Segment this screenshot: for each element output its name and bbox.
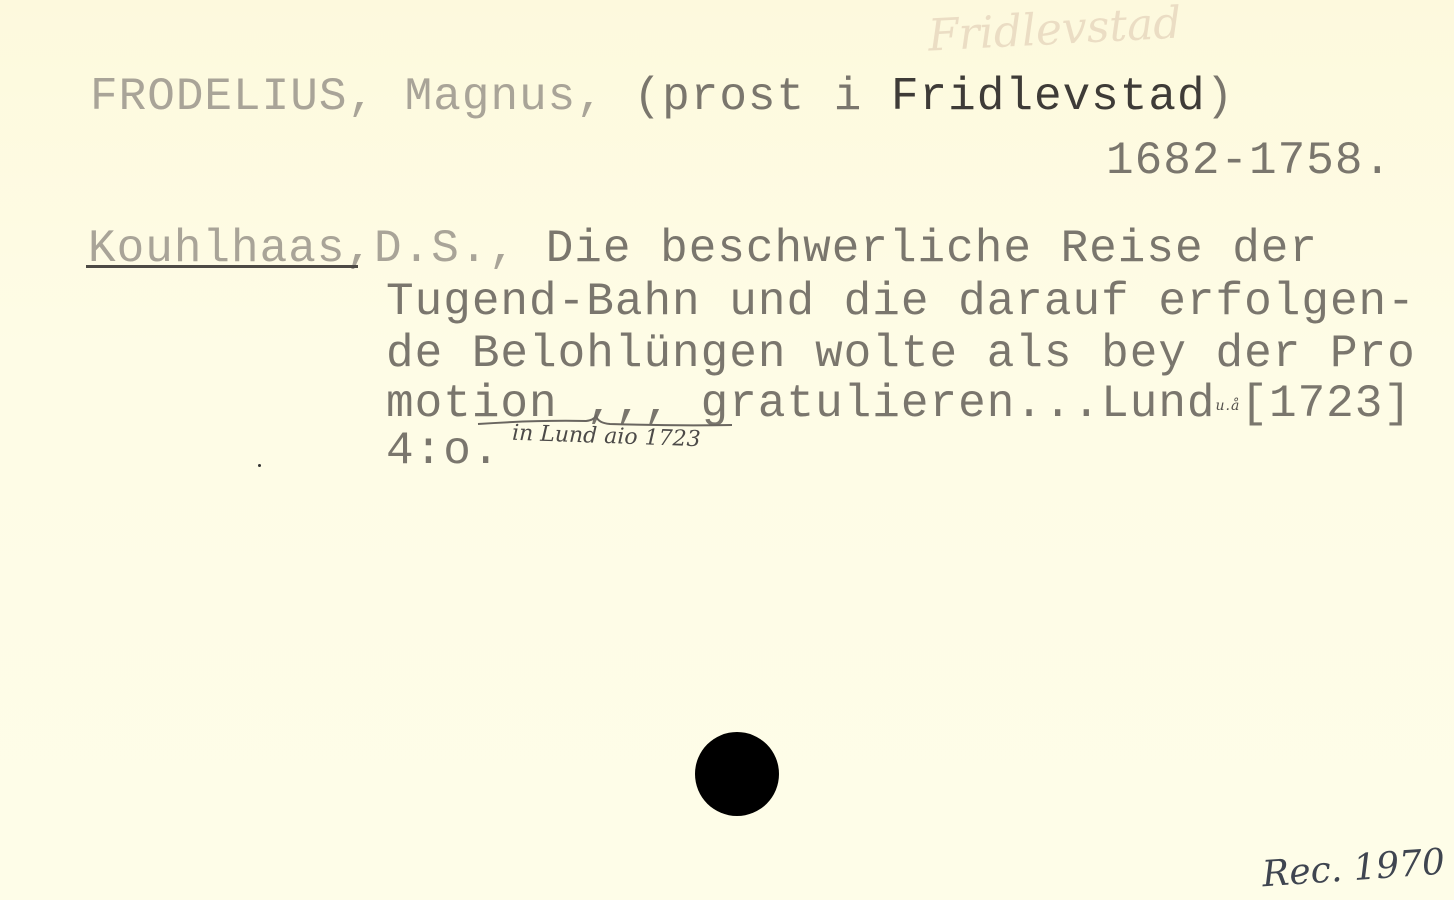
heading-surname: FRODELIUS, [90, 71, 376, 123]
heading-place: Fridlevstad [891, 71, 1206, 123]
entry-date: [1723] [1240, 378, 1412, 430]
entry-title-line-2: Tugend-Bahn und die darauf erfolgen- [386, 279, 1416, 325]
heading-line: FRODELIUS, Magnus, (prost i Fridlevstad) [90, 74, 1234, 120]
entry-format: 4:o. [386, 428, 500, 474]
punch-hole [695, 732, 779, 816]
entry-initials: D.S., [374, 223, 517, 275]
heading-given-name: Magnus, [405, 71, 605, 123]
faint-pencil-annotation: Fridlevstad [927, 0, 1183, 62]
entry-title-line-1: Die beschwerliche Reise der [546, 223, 1318, 275]
lund-annotation: u.å [1216, 398, 1241, 414]
ink-speck [258, 464, 261, 467]
heading-role-close: ) [1206, 71, 1235, 123]
entry-title-line-3: de Belohlüngen wolte als bey der Pro [386, 331, 1416, 377]
handwritten-record-note: Rec. 1970 [1261, 842, 1446, 896]
heading-role-open: (prost i [634, 71, 863, 123]
handwritten-imprint-note: in Lund aio 1723 [512, 421, 701, 453]
catalog-card: Fridlevstad FRODELIUS, Magnus, (prost i … [0, 0, 1454, 900]
author-underline [86, 265, 358, 268]
heading-life-dates: 1682-1758. [1106, 138, 1392, 184]
